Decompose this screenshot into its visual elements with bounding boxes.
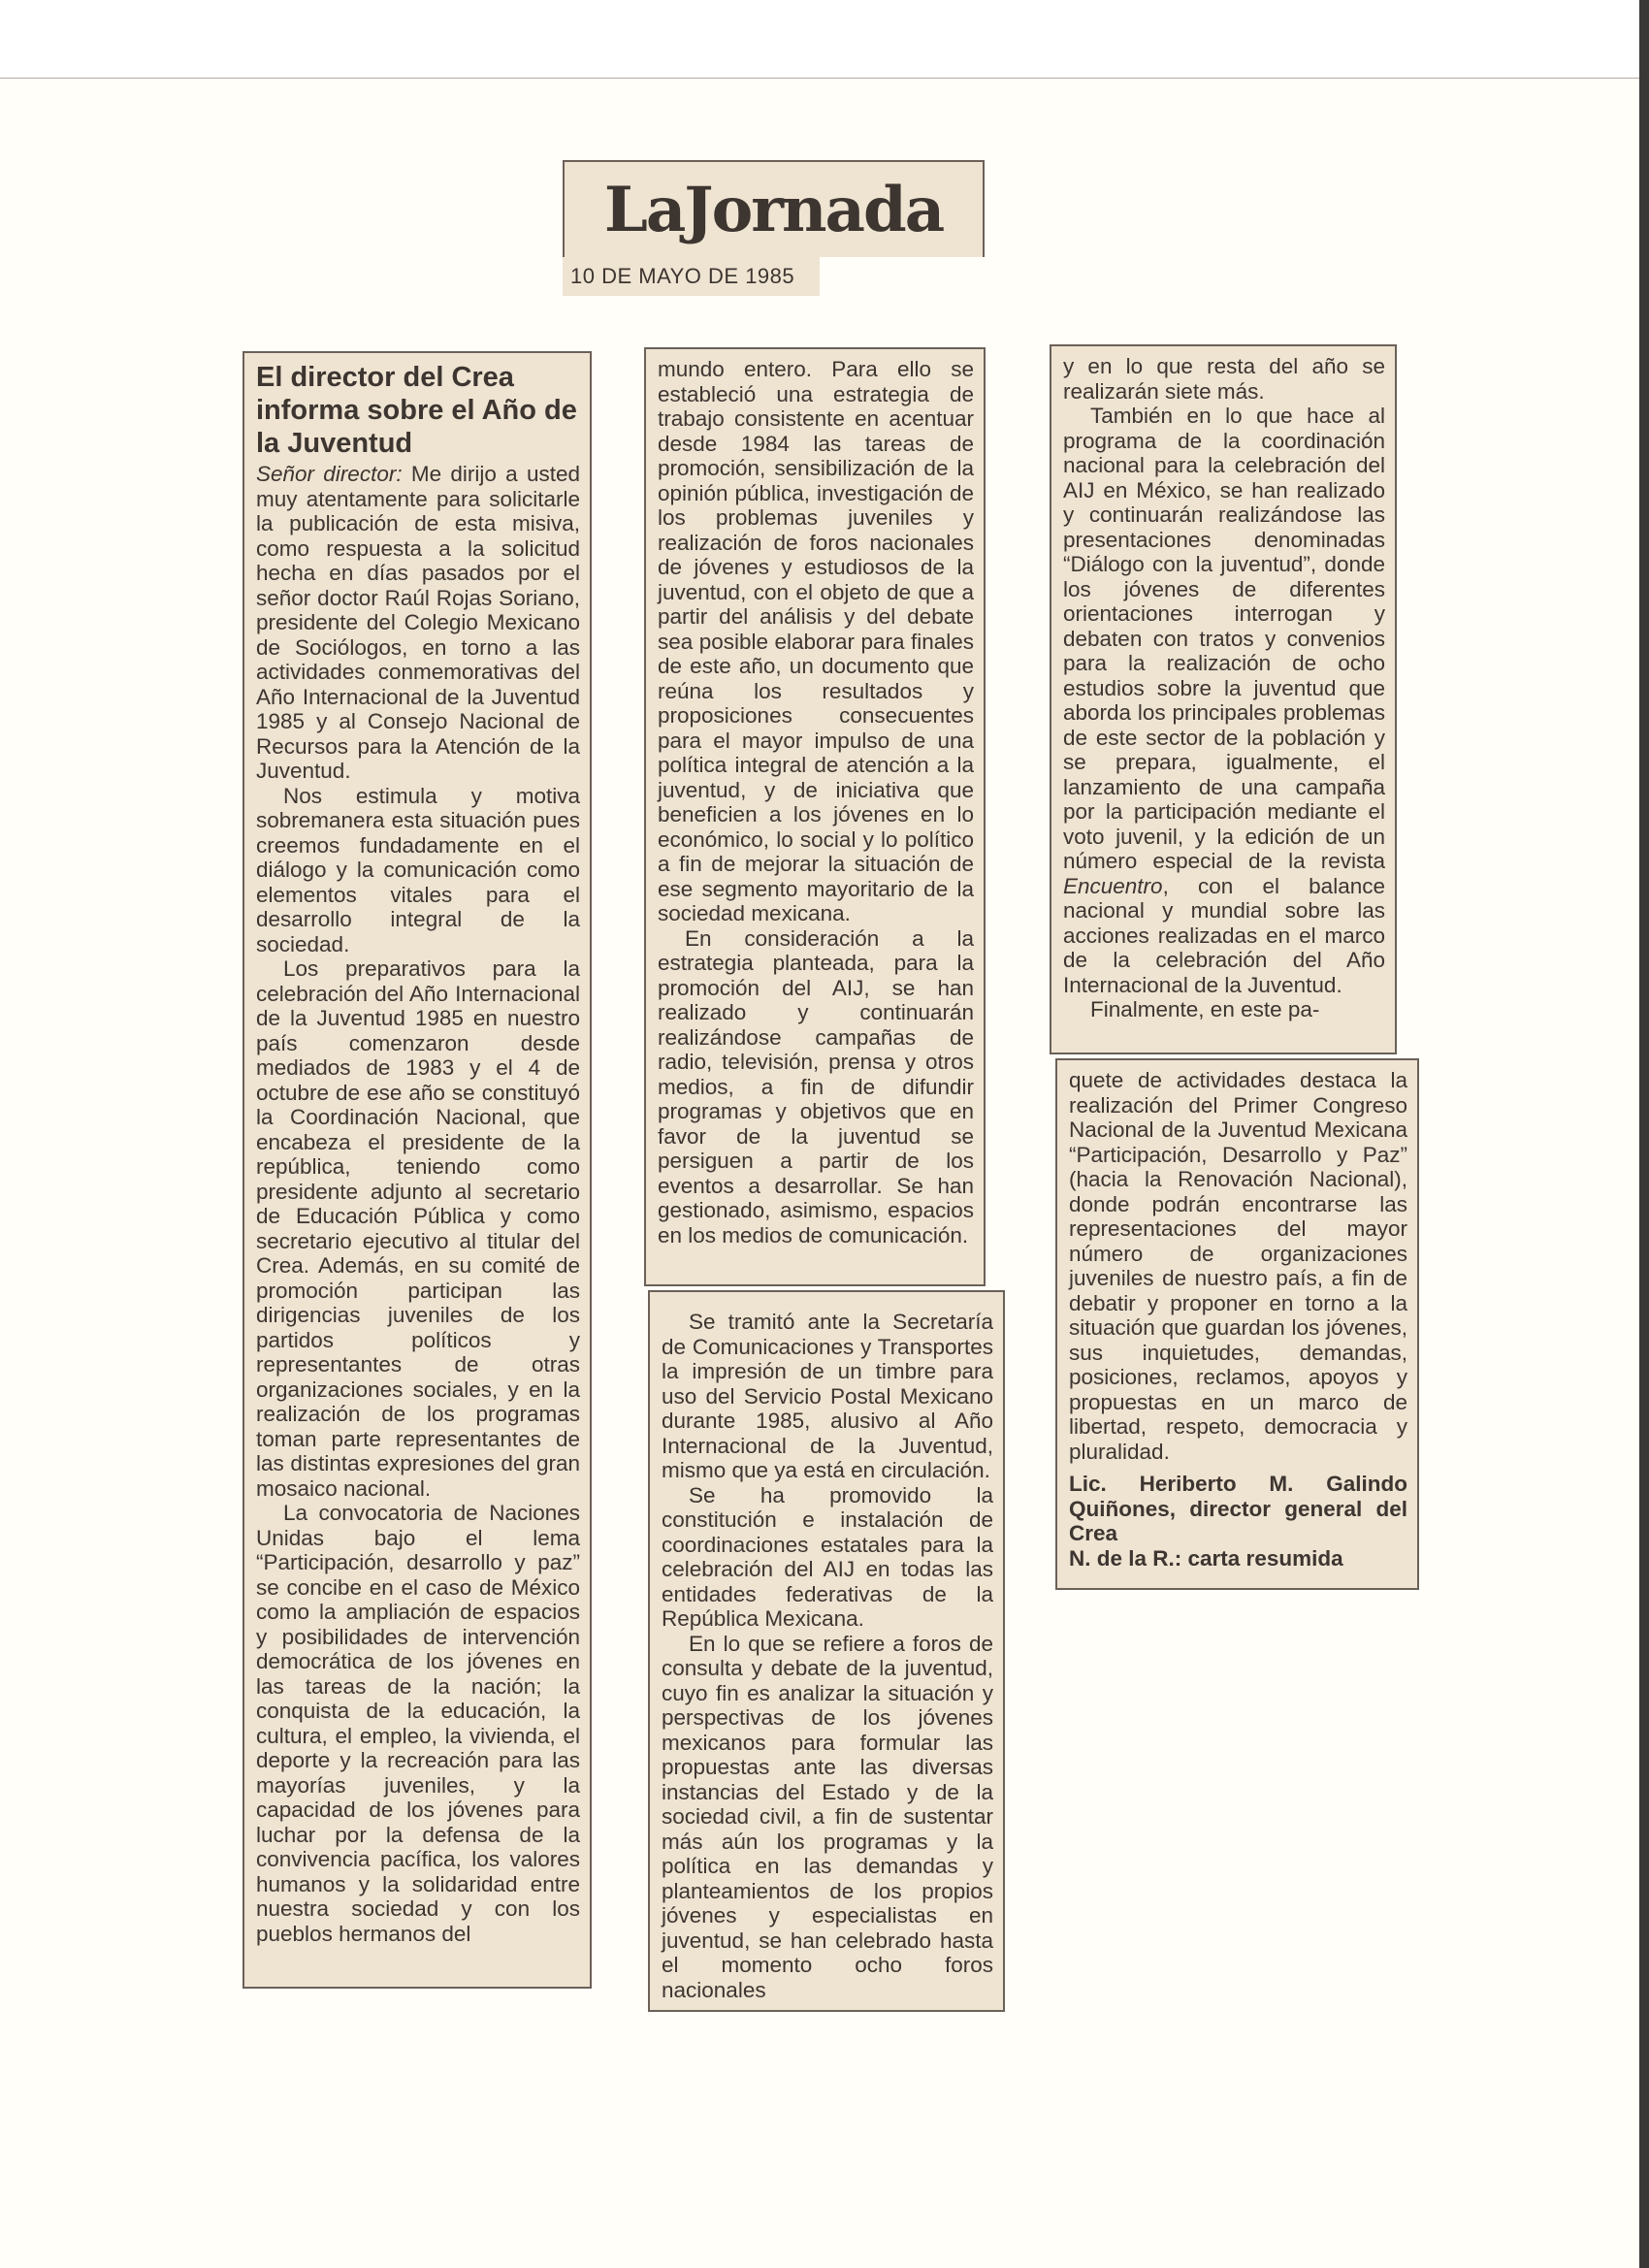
article-paragraph: Se tramitó ante la Secretaría de Comunic… bbox=[662, 1310, 993, 1483]
article-paragraph: mundo entero. Para ello se estableció un… bbox=[658, 357, 974, 926]
signature: Lic. Heriberto M. Galindo Quiñones, dire… bbox=[1069, 1472, 1407, 1546]
article-paragraph: quete de actividades destaca la realizac… bbox=[1069, 1068, 1407, 1464]
article-paragraph: y en lo que resta del año se realizarán … bbox=[1063, 354, 1385, 404]
newspaper-logo: LaJornada bbox=[604, 174, 943, 246]
article-paragraph: Se ha promovido la constitución e instal… bbox=[662, 1483, 993, 1632]
article-column-3-top: y en lo que resta del año se realizarán … bbox=[1050, 344, 1397, 1054]
newspaper-masthead: LaJornada bbox=[563, 160, 985, 257]
salutation: Señor director: bbox=[256, 462, 403, 486]
article-paragraph: En lo que se refiere a foros de consulta… bbox=[662, 1632, 993, 2003]
article-column-2-top: mundo entero. Para ello se estableció un… bbox=[644, 347, 986, 1286]
article-paragraph: También en lo que hace al programa de la… bbox=[1063, 404, 1385, 997]
article-paragraph: Los preparativos para la celebración del… bbox=[256, 956, 580, 1501]
scanner-edge bbox=[1639, 0, 1649, 2268]
article-paragraph: La convocatoria de Naciones Unidas bajo … bbox=[256, 1501, 580, 1946]
article-column-2-bottom: Se tramitó ante la Secretaría de Comunic… bbox=[648, 1290, 1005, 2012]
magazine-title: Encuentro bbox=[1063, 874, 1163, 898]
scanner-top-margin bbox=[0, 0, 1639, 79]
publication-date: 10 DE MAYO DE 1985 bbox=[563, 257, 820, 296]
article-column-1: El director del Crea informa sobre el Añ… bbox=[242, 351, 592, 1989]
article-headline: El director del Crea informa sobre el Añ… bbox=[256, 361, 580, 460]
editor-note: N. de la R.: carta resumida bbox=[1069, 1546, 1407, 1571]
article-paragraph: Nos estimula y motiva sobremanera esta s… bbox=[256, 784, 580, 957]
article-paragraph: Señor director: Me dirijo a usted muy at… bbox=[256, 462, 580, 784]
article-paragraph: En consideración a la estrategia plantea… bbox=[658, 926, 974, 1248]
article-column-3-bottom: quete de actividades destaca la realizac… bbox=[1055, 1058, 1419, 1590]
article-paragraph: Finalmente, en este pa- bbox=[1063, 997, 1385, 1022]
